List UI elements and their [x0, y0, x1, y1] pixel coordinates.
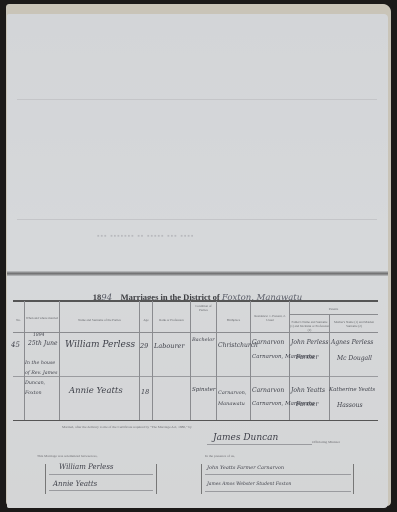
- declaration-text: Married, after the delivery to me of the…: [62, 425, 192, 429]
- table-bottom-rule: [13, 420, 378, 421]
- year-suffix: 94: [101, 293, 112, 303]
- bride-condition: Spinster: [192, 387, 216, 393]
- witness-signature-2: James Amos Webster Student Foxton: [207, 482, 291, 487]
- groom-name: William Perless: [65, 340, 135, 350]
- bride-mother: Katherine Yeatts: [329, 387, 375, 393]
- bride-age: 18: [141, 388, 149, 396]
- groom-father: John Perless: [291, 339, 328, 346]
- col-no: No.: [13, 318, 24, 322]
- col-mother: Mother's Name (1) and Maiden Surname (2): [330, 320, 378, 328]
- minister-signature: James Duncan: [213, 433, 278, 443]
- between-label: This Marriage was solemnized between us,: [37, 454, 97, 458]
- groom-age: 29: [140, 342, 148, 350]
- bride-mother-maiden: Hassous: [337, 402, 363, 409]
- bride-residence-present: Carnarvon: [252, 387, 284, 394]
- col-birthplace: Birthplace: [217, 318, 250, 322]
- entry-date: 25th June: [28, 340, 58, 347]
- witness-signature-1: John Yeatts Farmer Carnarvon: [207, 465, 284, 471]
- officiating-label: Officiating Minister: [312, 440, 340, 444]
- table-top-rule: [13, 300, 378, 302]
- groom-mother: Agnes Perless: [331, 339, 373, 346]
- groom-profession: Labourer: [154, 342, 185, 350]
- entry-number: 45: [11, 341, 20, 349]
- col-age: Age: [140, 318, 152, 322]
- groom-signature: William Perless: [59, 463, 114, 471]
- bride-father-profession: Farmer: [296, 401, 318, 408]
- row-divider: [13, 376, 378, 377]
- bride-birthplace: Carnarvon, Manawatu: [218, 388, 250, 410]
- ghost-line: [17, 219, 377, 220]
- col-profession: Rank or Profession: [153, 318, 190, 322]
- entry-place: In the house of Rev. James Duncan, Foxto…: [25, 359, 59, 399]
- header-bottom-rule: [13, 332, 378, 333]
- register-page: ▪▪▪ ▪▪▪▪▪▪▪ ▪▪ ▪▪▪▪▪ ▪▪▪ ▪▪▪▪ 1894 Marri…: [7, 14, 388, 508]
- bride-father: John Yeatts: [291, 387, 325, 394]
- groom-father-profession: Farmer: [296, 354, 318, 361]
- ghost-text: ▪▪▪ ▪▪▪▪▪▪▪ ▪▪ ▪▪▪▪▪ ▪▪▪ ▪▪▪▪: [97, 232, 194, 240]
- groom-condition: Bachelor: [192, 337, 216, 343]
- col-father: Father's Name and Surname (1) and his Ra…: [290, 320, 329, 332]
- col-names: Name and Surname of the Parties: [60, 318, 139, 322]
- presence-label: In the presence of us,: [205, 454, 235, 458]
- col-parents: Parents: [289, 307, 378, 311]
- district-name: Foxton, Manawatu: [222, 293, 302, 303]
- col-when-where: When and where married: [25, 316, 59, 320]
- groom-residence-present: Carnarvon: [252, 339, 284, 346]
- ghost-line: [17, 99, 377, 100]
- entry-year: 1894: [33, 333, 44, 338]
- col-condition: Condition of Parties: [191, 304, 216, 312]
- bride-signature: Annie Yeatts: [53, 480, 97, 488]
- bride-name: Annie Yeatts: [69, 386, 123, 396]
- col-residence: Residence: 1. Present, 2. Usual: [251, 314, 289, 322]
- groom-mother-maiden: Mc Dougall: [337, 355, 372, 362]
- page-fold: [7, 271, 388, 276]
